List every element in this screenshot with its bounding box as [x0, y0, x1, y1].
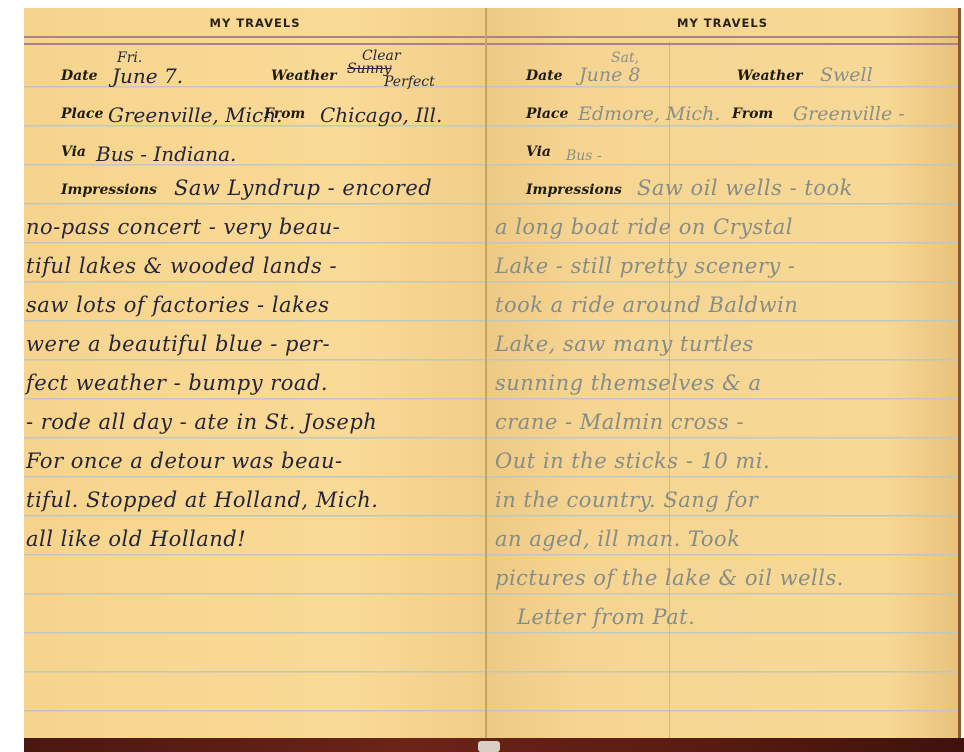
- impressions-line: Lake - still pretty scenery -: [495, 254, 796, 278]
- impressions-line: an aged, ill man. Took: [495, 527, 740, 551]
- date-label: Date: [526, 68, 563, 84]
- impressions-line: Out in the sticks - 10 mi.: [495, 449, 770, 473]
- via-label: Via: [61, 144, 86, 160]
- from-label: From: [264, 106, 305, 122]
- date-value: June 7.: [112, 64, 183, 88]
- impressions-line: no-pass concert - very beau-: [26, 215, 340, 239]
- weather-label: Weather: [737, 68, 803, 84]
- impressions-line: tiful. Stopped at Holland, Mich.: [26, 488, 378, 512]
- from-value: Chicago, Ill.: [320, 103, 442, 127]
- impressions-line: For once a detour was beau-: [26, 449, 343, 473]
- impressions-line: fect weather - bumpy road.: [26, 371, 328, 395]
- impressions-line: all like old Holland!: [26, 527, 246, 551]
- impressions-line: crane - Malmin cross -: [495, 410, 744, 434]
- header-double-rule: [24, 36, 486, 45]
- place-value: Edmore, Mich.: [578, 103, 720, 125]
- date-label: Date: [61, 68, 98, 84]
- impressions-label: Impressions: [526, 182, 622, 198]
- open-travel-diary: MY TRAVELS Fri. Date June 7. Weather Cle…: [24, 8, 958, 738]
- weather-value: Perfect: [384, 74, 435, 90]
- via-value: Bus - Indiana.: [96, 142, 236, 166]
- impressions-label: Impressions: [61, 182, 157, 198]
- impressions-line: Lake, saw many turtles: [495, 332, 754, 356]
- bookmark-ribbon: [478, 741, 500, 752]
- from-label: From: [732, 106, 773, 122]
- header-double-rule: [487, 36, 958, 45]
- impressions-line: saw lots of factories - lakes: [26, 293, 330, 317]
- weather-value: Swell: [820, 64, 873, 86]
- impressions-line: tiful lakes & wooded lands -: [26, 254, 337, 278]
- impressions-line: were a beautiful blue - per-: [26, 332, 330, 356]
- place-label: Place: [526, 106, 568, 122]
- weather-label: Weather: [271, 68, 337, 84]
- impressions-line: took a ride around Baldwin: [495, 293, 798, 317]
- impressions-line: Saw Lyndrup - encored: [174, 176, 432, 200]
- via-value: Bus -: [566, 148, 602, 164]
- impressions-line: a long boat ride on Crystal: [495, 215, 793, 239]
- impressions-line: in the country. Sang for: [495, 488, 758, 512]
- page-header: MY TRAVELS: [24, 16, 486, 30]
- impressions-line: Saw oil wells - took: [637, 176, 853, 200]
- right-page: MY TRAVELS Sat, Date June 8 Weather Swel…: [487, 8, 961, 738]
- impressions-line: - rode all day - ate in St. Joseph: [26, 410, 377, 434]
- page-header: MY TRAVELS: [487, 16, 958, 30]
- from-value: Greenville -: [793, 103, 905, 125]
- place-label: Place: [61, 106, 103, 122]
- impressions-line: Letter from Pat.: [517, 605, 695, 629]
- impressions-line: sunning themselves & a: [495, 371, 762, 395]
- via-label: Via: [526, 144, 551, 160]
- date-value: June 8: [579, 64, 640, 86]
- left-page: MY TRAVELS Fri. Date June 7. Weather Cle…: [24, 8, 486, 738]
- impressions-line: pictures of the lake & oil wells.: [495, 566, 844, 590]
- place-value: Greenville, Mich.: [108, 103, 282, 127]
